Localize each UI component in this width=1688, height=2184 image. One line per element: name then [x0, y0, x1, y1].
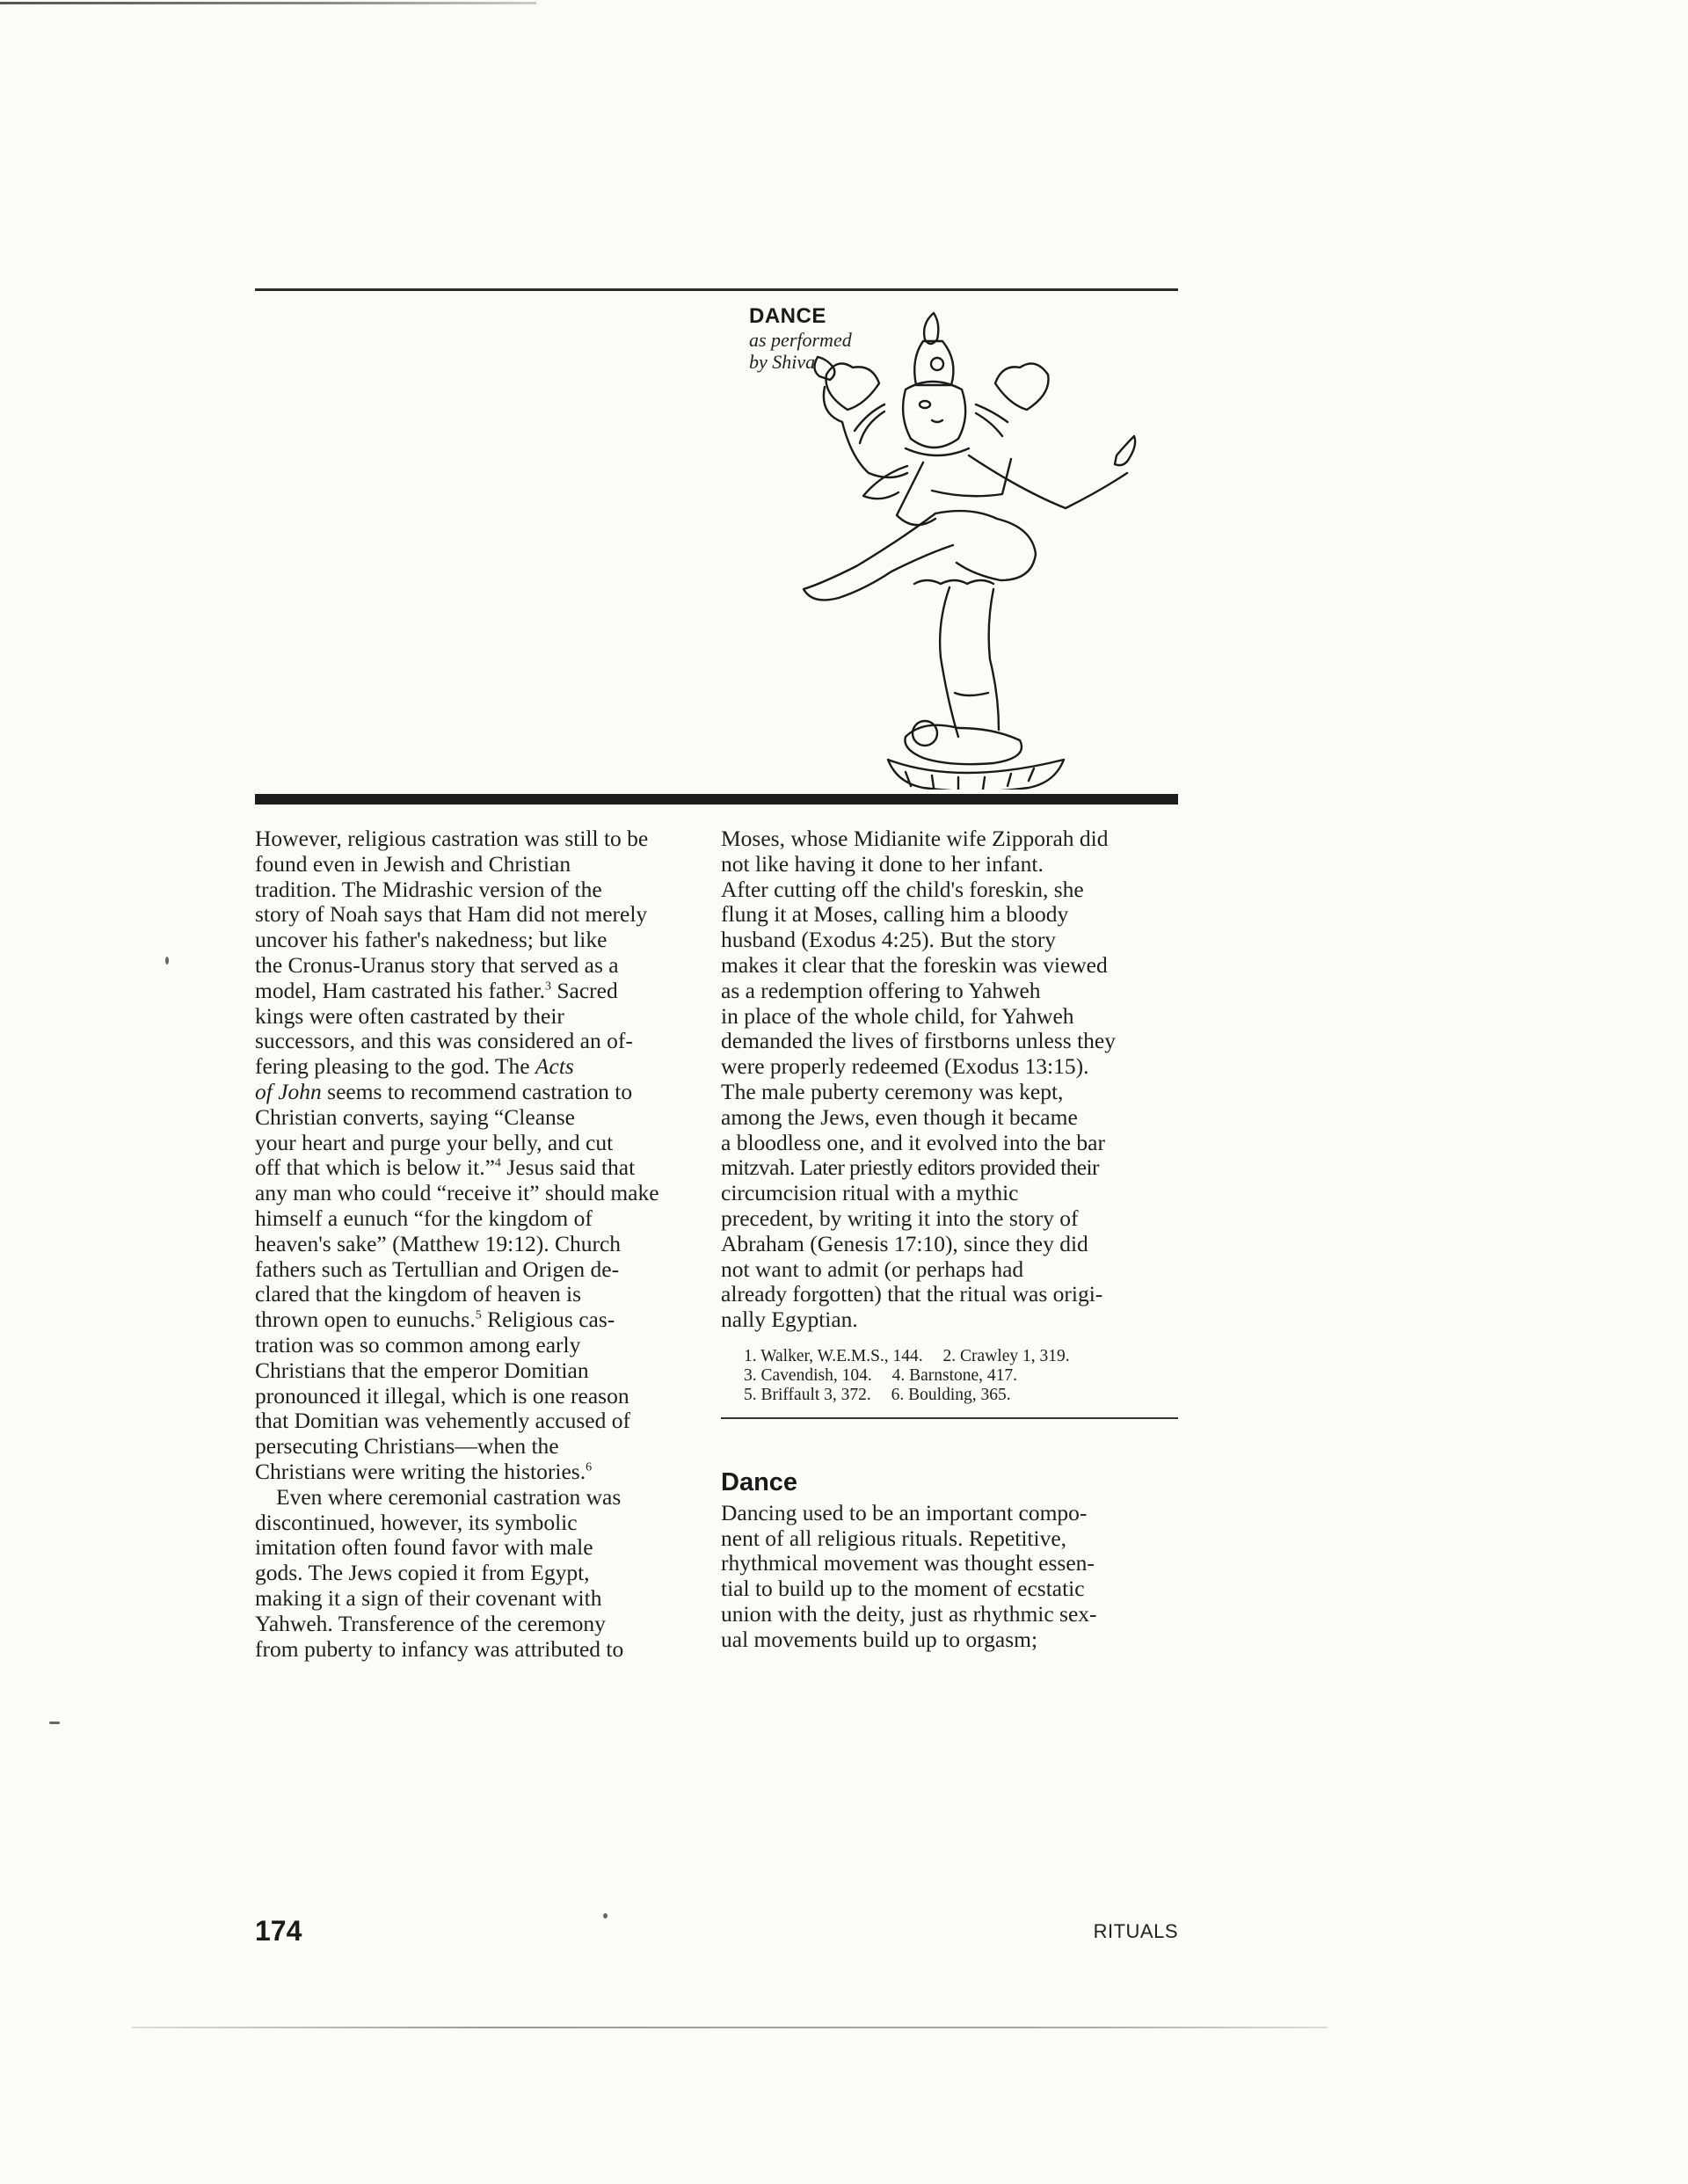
shiva-dance-illustration — [800, 306, 1152, 790]
right-column: Moses, whose Midianite wife Zipporah did… — [721, 826, 1178, 1653]
footnote: 6. Boulding, 365. — [891, 1386, 1011, 1404]
top-rule — [255, 288, 1178, 291]
footnote: 2. Crawley 1, 319. — [943, 1347, 1070, 1365]
footnote-ref: 4 — [495, 1157, 501, 1170]
footnote-row: 3. Cavendish, 104. 4. Barnstone, 417. — [744, 1366, 1178, 1386]
body-paragraph: Even where ceremonial castration was dis… — [255, 1485, 712, 1663]
footnote-row: 1. Walker, W.E.M.S., 144. 2. Crawley 1, … — [744, 1347, 1178, 1366]
footnote-row: 5. Briffault 3, 372. 6. Boulding, 365. — [744, 1386, 1178, 1405]
book-title: Acts — [535, 1053, 574, 1079]
running-head: RITUALS — [1094, 1920, 1178, 1943]
footnote: 4. Barnstone, 417. — [892, 1366, 1017, 1385]
page-number: 174 — [255, 1915, 302, 1947]
footnote: 5. Briffault 3, 372. — [744, 1386, 871, 1404]
footnote-ref: 5 — [476, 1309, 482, 1322]
footnote: 3. Cavendish, 104. — [744, 1366, 872, 1385]
footnote-ref: 3 — [545, 979, 551, 993]
scan-speck — [49, 1722, 60, 1724]
footnote: 1. Walker, W.E.M.S., 144. — [744, 1347, 923, 1365]
left-column: However, religious castration was still … — [255, 826, 712, 1662]
scan-speck — [165, 957, 169, 965]
book-page: DANCE as performed by Shiva — [255, 288, 1178, 1959]
section-heading: Dance — [721, 1470, 1178, 1496]
book-title: of John — [255, 1079, 322, 1104]
footnote-rule — [721, 1417, 1178, 1419]
scan-edge-rule — [0, 2, 536, 4]
body-paragraph: Moses, whose Midianite wife Zipporah did… — [721, 826, 1178, 1333]
body-paragraph: Dancing used to be an important compo- n… — [721, 1501, 1178, 1653]
section-rule — [255, 794, 1178, 804]
scan-bottom-edge — [132, 2027, 1328, 2028]
body-paragraph: However, religious castration was still … — [255, 826, 712, 1485]
footnote-ref: 6 — [586, 1460, 592, 1474]
footnotes: 1. Walker, W.E.M.S., 144. 2. Crawley 1, … — [721, 1347, 1178, 1405]
